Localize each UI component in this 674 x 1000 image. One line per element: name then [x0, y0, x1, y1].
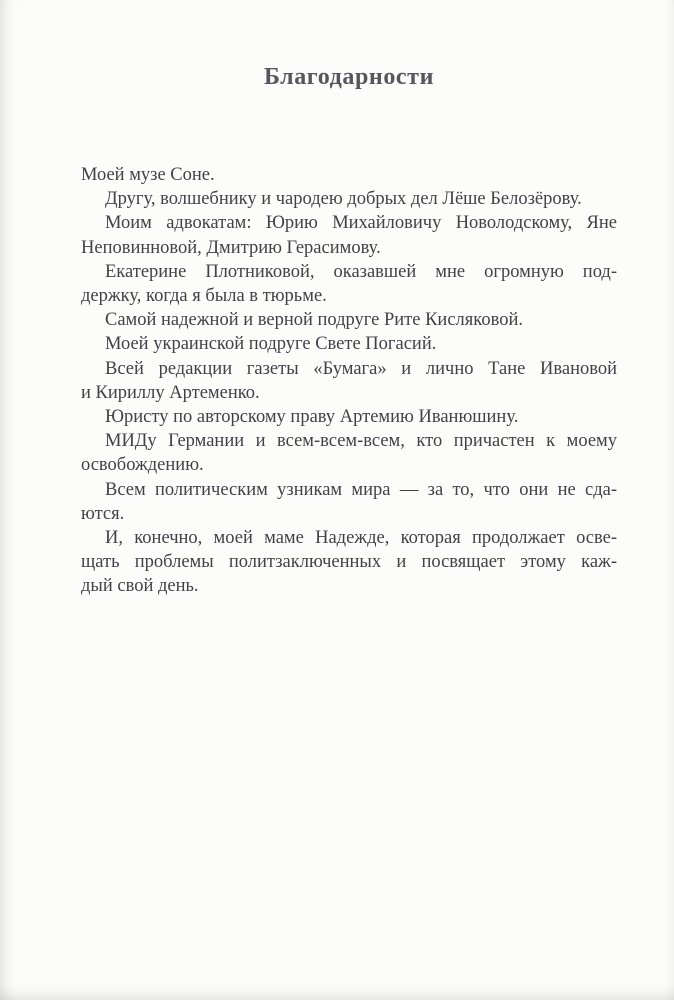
paragraph: Всей редакции газеты «Бумага» и лично Та… — [81, 357, 617, 405]
text-line: И, конечно, моей маме Надежде, которая п… — [81, 526, 617, 550]
text-line: освобождению. — [81, 453, 617, 477]
text-line: Самой надежной и верной подруге Рите Кис… — [81, 308, 617, 332]
paragraph: Другу, волшебнику и чародею добрых дел Л… — [81, 187, 617, 211]
text-line: щать проблемы политзаключенных и посвяща… — [81, 550, 617, 574]
page-title: Благодарности — [81, 61, 617, 93]
text-line: Моим адвокатам: Юрию Михайловичу Новолод… — [81, 211, 617, 235]
text-line: Другу, волшебнику и чародею добрых дел Л… — [81, 187, 617, 211]
text-line: и Кириллу Артеменко. — [81, 381, 617, 405]
paragraph: Юристу по авторскому праву Артемию Иваню… — [81, 405, 617, 429]
text-line: Неповинновой, Дмитрию Герасимову. — [81, 236, 617, 260]
paragraph: И, конечно, моей маме Надежде, которая п… — [81, 526, 617, 599]
text-line: держку, когда я была в тюрьме. — [81, 284, 617, 308]
paragraph: Екатерине Плотниковой, оказавшей мне огр… — [81, 260, 617, 308]
paragraph: Всем политическим узникам мира — за то, … — [81, 478, 617, 526]
paragraph: Моей украинской подруге Свете Погасий. — [81, 332, 617, 356]
paragraph: Моим адвокатам: Юрию Михайловичу Новолод… — [81, 211, 617, 259]
paragraph: Моей музе Соне. — [81, 163, 617, 187]
acknowledgments-text-block: Моей музе Соне.Другу, волшебнику и чарод… — [81, 163, 617, 599]
text-line: Моей музе Соне. — [81, 163, 617, 187]
text-line: Моей украинской подруге Свете Погасий. — [81, 332, 617, 356]
paragraph: Самой надежной и верной подруге Рите Кис… — [81, 308, 617, 332]
text-line: Юристу по авторскому праву Артемию Иваню… — [81, 405, 617, 429]
book-page: Благодарности Моей музе Соне.Другу, волш… — [0, 0, 674, 1000]
text-line: Всем политическим узникам мира — за то, … — [81, 478, 617, 502]
text-line: Всей редакции газеты «Бумага» и лично Та… — [81, 357, 617, 381]
paragraph: МИДу Германии и всем-всем-всем, кто прич… — [81, 429, 617, 477]
text-line: МИДу Германии и всем-всем-всем, кто прич… — [81, 429, 617, 453]
text-line: дый свой день. — [81, 574, 617, 598]
text-line: ются. — [81, 502, 617, 526]
text-line: Екатерине Плотниковой, оказавшей мне огр… — [81, 260, 617, 284]
